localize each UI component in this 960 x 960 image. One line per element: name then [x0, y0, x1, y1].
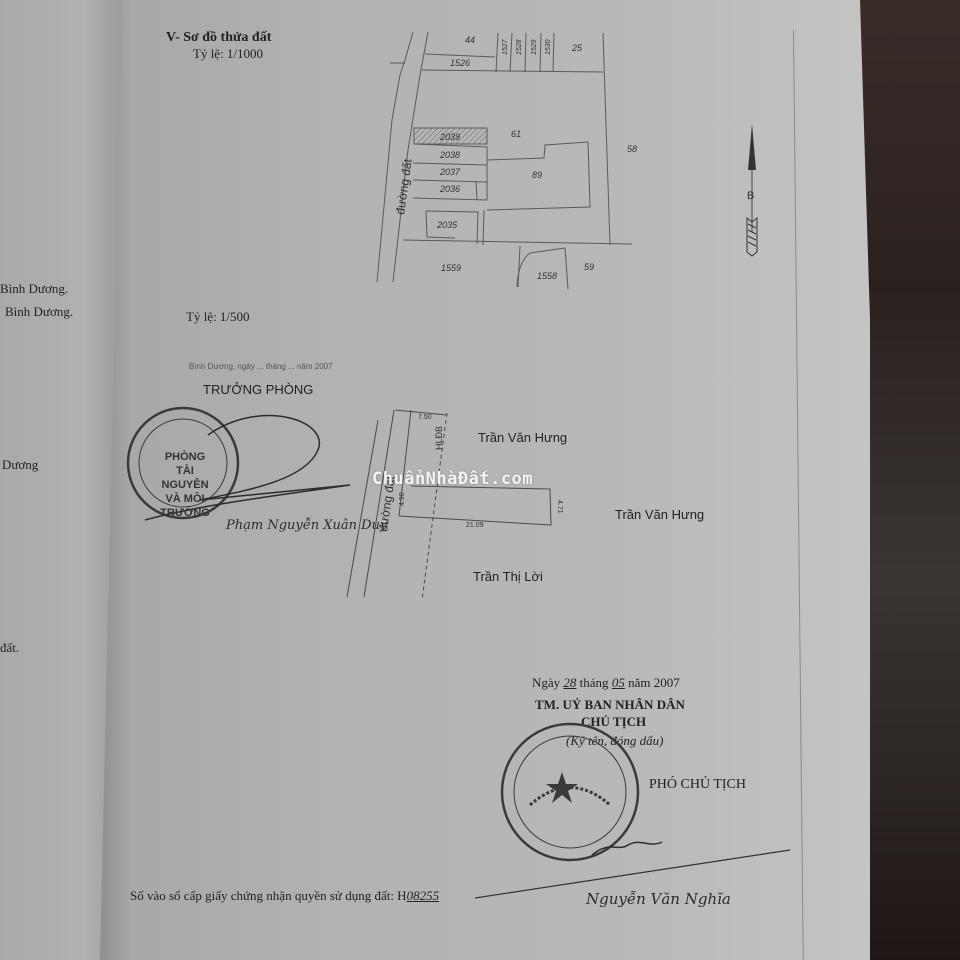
committee-signer: Nguyễn Văn Nghĩa — [586, 890, 731, 908]
committee-stamp — [0, 0, 960, 960]
document-photo: Bình Dương. Bình Dương. Dương đất. V- Sơ… — [0, 0, 960, 960]
registry-label: Số vào sổ cấp giấy chứng nhận quyền sử d… — [130, 888, 407, 903]
registry-number: 08255 — [407, 888, 470, 903]
registry-line: Số vào sổ cấp giấy chứng nhận quyền sử d… — [130, 888, 469, 904]
